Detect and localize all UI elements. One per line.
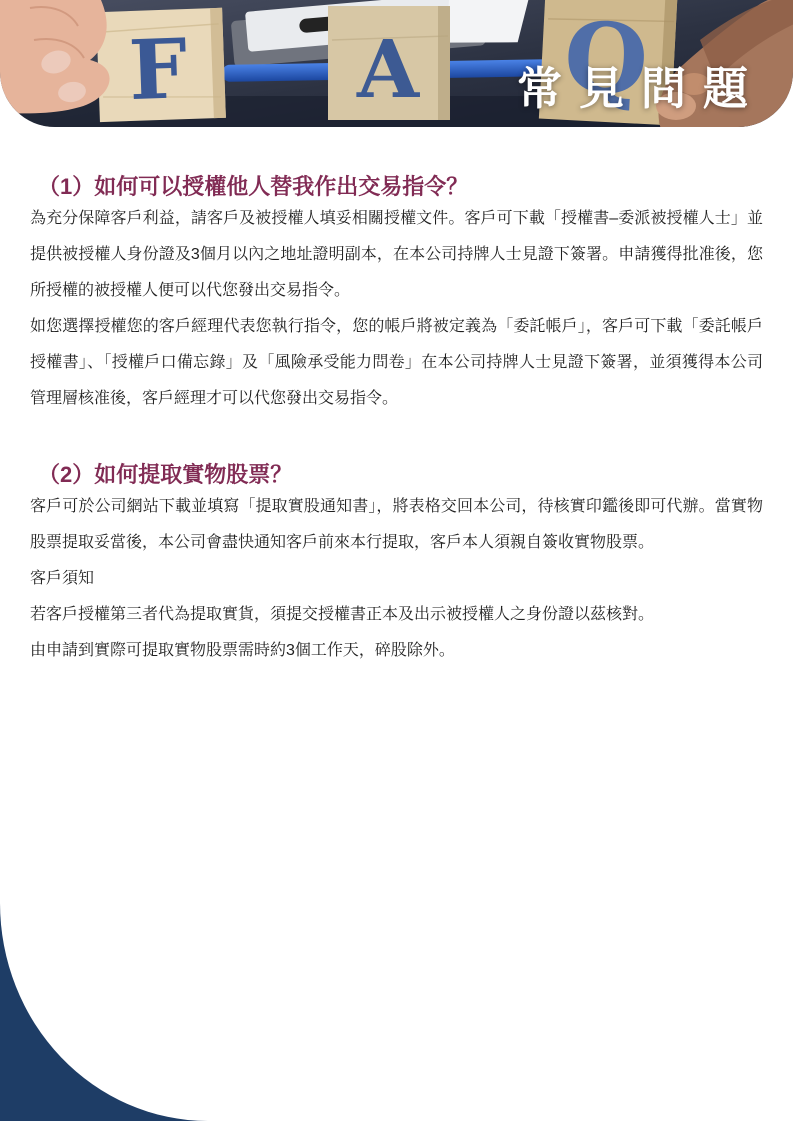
question-1-paragraph-1: 為充分保障客戶利益，請客戶及被授權人填妥相關授權文件。客戶可下載「授權書–委派被… <box>30 201 763 309</box>
wood-block-f: F <box>96 8 226 122</box>
page-title: 常見問題 <box>517 52 765 117</box>
faq-page: F A Q <box>0 0 793 1121</box>
question-1-paragraph-2: 如您選擇授權您的客戶經理代表您執行指令，您的帳戶將被定義為「委託帳戶」，客戶可下… <box>30 309 763 417</box>
block-letter-a: A <box>356 22 420 116</box>
customer-note-2: 由申請到實際可提取實物股票需時約3個工作天，碎股除外。 <box>30 633 763 669</box>
wood-block-a: A <box>328 6 450 120</box>
question-2-paragraph-1: 客戶可於公司網站下載並填寫「提取實股通知書」，將表格交回本公司，待核實印鑑後即可… <box>30 489 763 561</box>
faq-content: （1）如何可以授權他人替我作出交易指令？ 為充分保障客戶利益，請客戶及被授權人填… <box>0 173 793 669</box>
question-1-heading: （1）如何可以授權他人替我作出交易指令？ <box>30 173 763 201</box>
bottom-left-curve-decoration <box>0 903 208 1121</box>
customer-notes-title: 客戶須知 <box>30 561 763 597</box>
customer-note-1: 若客戶授權第三者代為提取實貨，須提交授權書正本及出示被授權人之身份證以茲核對。 <box>30 597 763 633</box>
question-2-heading: （2）如何提取實物股票？ <box>30 461 763 489</box>
block-letter-f: F <box>127 21 189 119</box>
header-banner: F A Q <box>0 0 793 127</box>
